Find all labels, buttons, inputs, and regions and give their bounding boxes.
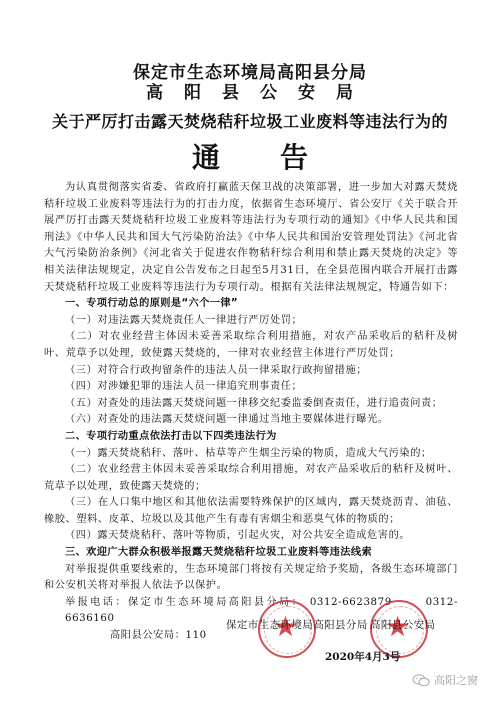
intro-paragraph: 为认真贯彻落实省委、省政府打赢蓝天保卫战的决策部署，进一步加大对露天焚烧秸秆垃圾… xyxy=(44,180,458,296)
section-1-item-4: （四）对涉嫌犯罪的违法人员一律追究刑事责任； xyxy=(44,379,458,396)
wechat-icon xyxy=(412,674,430,687)
section-2-item-4: （四）露天焚烧秸秆、落叶等物质，引起火灾，对公共安全造成危害的。 xyxy=(44,528,458,545)
signer-2: 高阳县公安局 xyxy=(370,617,435,632)
section-heading-2: 二、专项行动重点依法打击以下四类违法行为 xyxy=(44,429,458,446)
section-2-item-3: （三）在人口集中地区和其他依法需要特殊保护的区域内，露天焚烧沥青、油毡、橡胶、塑… xyxy=(44,495,458,528)
contact-label: 举报电话： xyxy=(65,597,128,608)
notice-doc-type: 通告 xyxy=(0,136,500,176)
notice-body: 为认真贯彻落实省委、省政府打赢蓝天保卫战的决策部署，进一步加大对露天焚烧秸秆垃圾… xyxy=(44,180,458,645)
notice-title: 关于严厉打击露天焚烧秸秆垃圾工业废料等违法行为的 xyxy=(0,109,500,132)
contact-phone-3: 110 xyxy=(186,630,207,641)
section-2-item-2: （二）农业经营主体因未妥善采取综合利用措施，对农产品采收后的秸秆及树叶、荒草予以… xyxy=(44,462,458,495)
section-heading-1: 一、专项行动总的原则是“六个一律” xyxy=(44,296,458,313)
signer-1: 保定市生态环境局高阳县分局 xyxy=(226,617,368,632)
section-2-item-1: （一）露天焚烧秸秆、落叶、枯草等产生烟尘污染的物质，造成大气污染的； xyxy=(44,446,458,463)
section-heading-3: 三、欢迎广大群众积极举报露天焚烧秸秆垃圾工业废料等违法线索 xyxy=(44,545,458,562)
section-1-item-5: （五）对查处的违法露天焚烧问题一律移交纪委监委倒查责任，进行追责问责； xyxy=(44,396,458,413)
watermark: 高阳之窗 xyxy=(412,672,478,688)
section-1-item-2: （二）对农业经营主体因未妥善采取综合利用措施，对农产品采收后的秸秆及树叶、荒草予… xyxy=(44,329,458,362)
watermark-label: 高阳之窗 xyxy=(434,672,478,688)
section-1-item-6: （六）对查处的违法露天焚烧问题一律通过当地主要媒体进行曝光。 xyxy=(44,412,458,429)
contact-org-2: 高阳县公安局： xyxy=(110,630,186,641)
notice-date: 2020年4月3号 xyxy=(325,649,400,664)
section-1-item-3: （三）对符合行政拘留条件的违法人员一律采取行政拘留措施； xyxy=(44,363,458,380)
section-3-item-1: 对举报提供重要线索的，生态环境部门将按有关规定给予奖励，各级生态环境部门和公安机… xyxy=(44,562,458,595)
header-org2: 高阳县公安局 xyxy=(0,78,500,103)
section-1-item-1: （一）对违法露天焚烧责任人一律进行严厉处罚； xyxy=(44,313,458,330)
